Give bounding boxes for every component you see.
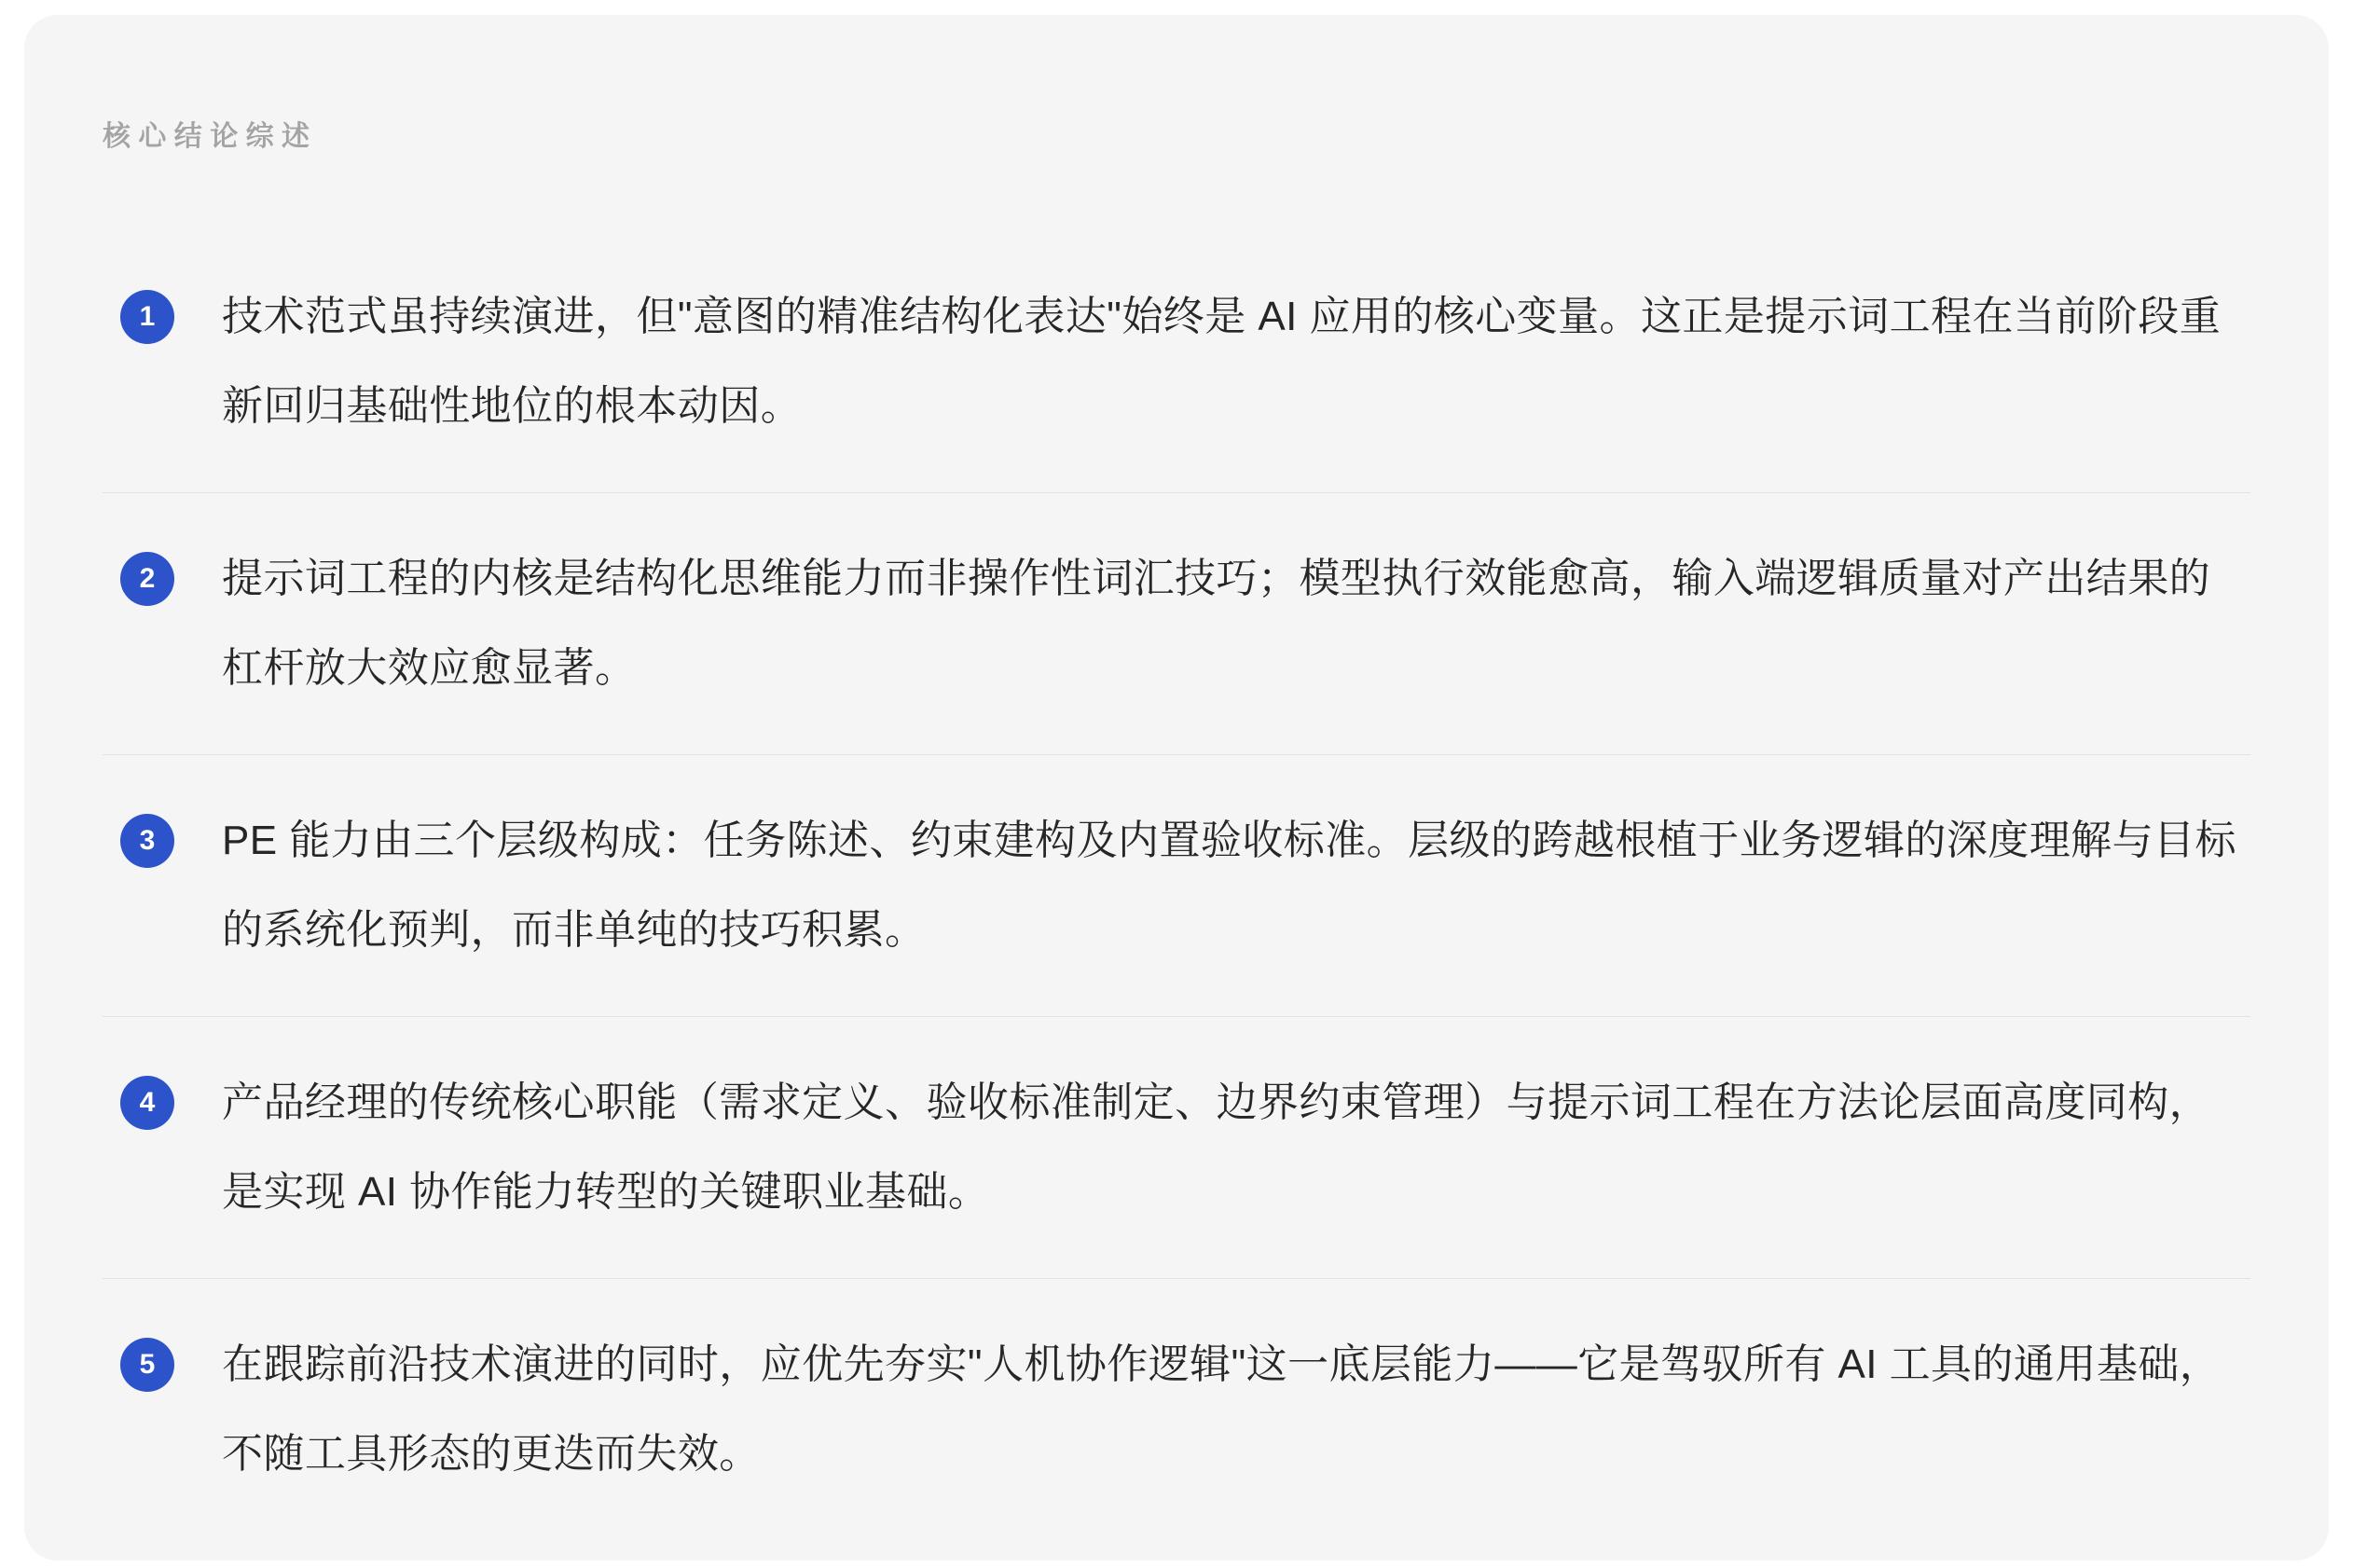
- item-text: PE 能力由三个层级构成：任务陈述、约束建构及内置验收标准。层级的跨越根植于业务…: [222, 796, 2250, 975]
- item-number-badge: 5: [120, 1338, 174, 1392]
- summary-card: 核心结论综述 1 技术范式虽持续演进，但"意图的精准结构化表达"始终是 AI 应…: [24, 15, 2329, 1561]
- item-text: 提示词工程的内核是结构化思维能力而非操作性词汇技巧；模型执行效能愈高，输入端逻辑…: [222, 534, 2250, 713]
- item-text: 产品经理的传统核心职能（需求定义、验收标准制定、边界约束管理）与提示词工程在方法…: [222, 1058, 2250, 1237]
- list-item: 3 PE 能力由三个层级构成：任务陈述、约束建构及内置验收标准。层级的跨越根植于…: [103, 755, 2250, 1017]
- list-item: 4 产品经理的传统核心职能（需求定义、验收标准制定、边界约束管理）与提示词工程在…: [103, 1017, 2250, 1279]
- item-number-badge: 3: [120, 814, 174, 868]
- list-item: 2 提示词工程的内核是结构化思维能力而非操作性词汇技巧；模型执行效能愈高，输入端…: [103, 493, 2250, 755]
- list-item: 1 技术范式虽持续演进，但"意图的精准结构化表达"始终是 AI 应用的核心变量。…: [103, 231, 2250, 493]
- card-title: 核心结论综述: [103, 119, 2250, 155]
- item-text: 技术范式虽持续演进，但"意图的精准结构化表达"始终是 AI 应用的核心变量。这正…: [222, 272, 2250, 451]
- conclusion-list: 1 技术范式虽持续演进，但"意图的精准结构化表达"始终是 AI 应用的核心变量。…: [103, 231, 2250, 1540]
- item-number-badge: 2: [120, 552, 174, 606]
- item-text: 在跟踪前沿技术演进的同时，应优先夯实"人机协作逻辑"这一底层能力——它是驾驭所有…: [222, 1320, 2250, 1499]
- item-number-badge: 4: [120, 1076, 174, 1130]
- item-number-badge: 1: [120, 290, 174, 344]
- list-item: 5 在跟踪前沿技术演进的同时，应优先夯实"人机协作逻辑"这一底层能力——它是驾驭…: [103, 1279, 2250, 1540]
